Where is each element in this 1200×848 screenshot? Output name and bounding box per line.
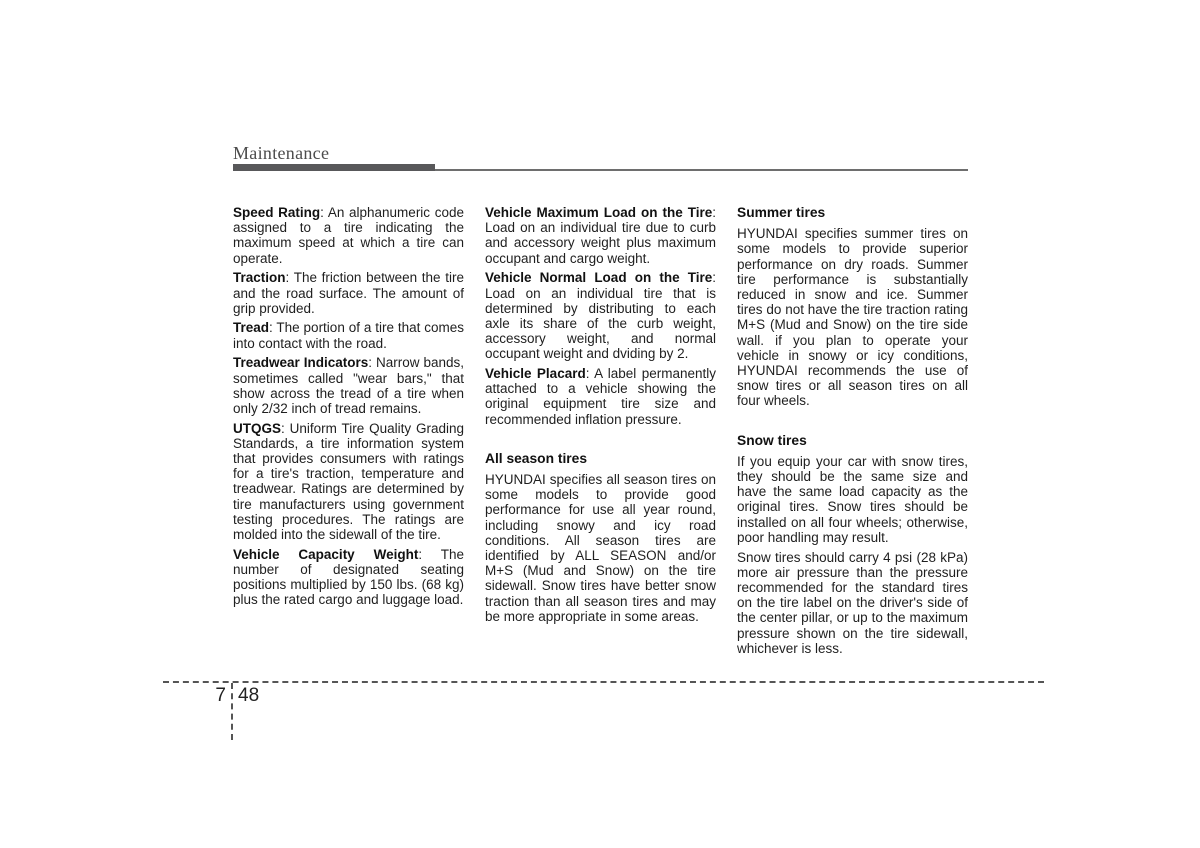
- footer-vertical-dashed-rule: [231, 683, 233, 740]
- page-number: 48: [238, 685, 259, 707]
- heading-snow-tires: Snow tires: [737, 433, 968, 448]
- term-label: Tread: [233, 320, 269, 335]
- chapter-number: 7: [206, 685, 226, 707]
- term-label: Vehicle Placard: [485, 366, 586, 381]
- definition-vehicle-capacity-weight: Vehicle Capacity Weight: The number of d…: [233, 547, 464, 608]
- term-label: Vehicle Maximum Load on the Tire: [485, 205, 712, 220]
- definition-speed-rating: Speed Rating: An alphanumeric code assig…: [233, 205, 464, 266]
- definition-tread: Tread: The portion of a tire that comes …: [233, 320, 464, 350]
- paragraph-snow-tires-2: Snow tires should carry 4 psi (28 kPa) m…: [737, 550, 968, 656]
- term-label: Vehicle Normal Load on the Tire: [485, 270, 712, 285]
- definition-traction: Traction: The friction between the tire …: [233, 270, 464, 316]
- definition-vehicle-normal-load: Vehicle Normal Load on the Tire: Load on…: [485, 270, 716, 361]
- manual-page: Maintenance Speed Rating: An alphanumeri…: [0, 0, 1200, 848]
- definition-treadwear-indicators: Treadwear Indicators: Narrow bands, some…: [233, 355, 464, 416]
- text-column-3: Summer tires HYUNDAI specifies summer ti…: [737, 205, 968, 660]
- definition-utqgs: UTQGS: Uniform Tire Quality Grading Stan…: [233, 421, 464, 543]
- term-label: UTQGS: [233, 421, 281, 436]
- definition-vehicle-placard: Vehicle Placard: A label permanently att…: [485, 366, 716, 427]
- term-label: Vehicle Capacity Weight: [233, 547, 418, 562]
- term-label: Traction: [233, 270, 286, 285]
- heading-all-season-tires: All season tires: [485, 451, 716, 466]
- footer-dashed-rule: [163, 681, 1044, 683]
- paragraph-summer-tires: HYUNDAI specifies summer tires on some m…: [737, 226, 968, 408]
- paragraph-snow-tires-1: If you equip your car with snow tires, t…: [737, 454, 968, 545]
- section-title: Maintenance: [233, 143, 329, 164]
- header-accent-bar: [233, 164, 435, 171]
- definition-vehicle-maximum-load: Vehicle Maximum Load on the Tire: Load o…: [485, 205, 716, 266]
- term-label: Treadwear Indicators: [233, 355, 368, 370]
- definition-text: : Uniform Tire Quality Grading Standards…: [233, 421, 464, 542]
- text-column-2: Vehicle Maximum Load on the Tire: Load o…: [485, 205, 716, 629]
- term-label: Speed Rating: [233, 205, 320, 220]
- paragraph-all-season-tires: HYUNDAI specifies all season tires on so…: [485, 472, 716, 624]
- text-column-1: Speed Rating: An alphanumeric code assig…: [233, 205, 464, 612]
- heading-summer-tires: Summer tires: [737, 205, 968, 220]
